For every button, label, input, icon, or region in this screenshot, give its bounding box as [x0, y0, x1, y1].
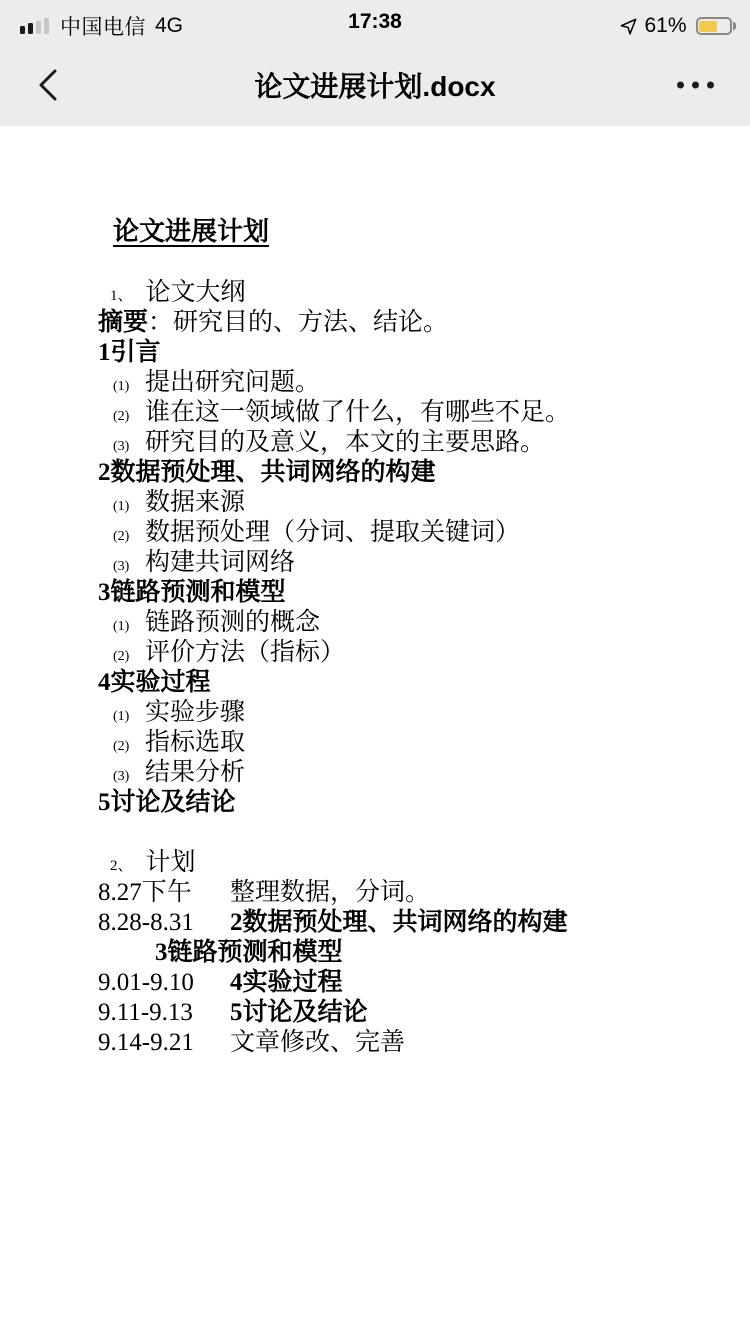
section-heading: 1、论文大纲 [98, 278, 722, 308]
signal-bar [28, 23, 33, 34]
list-item: (2)谁在这一领域做了什么，有哪些不足。 [98, 398, 722, 428]
outline-heading: 3链路预测和模型 [98, 578, 722, 608]
list-item: (2)数据预处理（分词、提取关键词） [98, 518, 722, 548]
signal-strength-icon [20, 18, 49, 34]
plan-task: 2数据预处理、共词网络的构建 [230, 909, 568, 936]
list-text: 指标选取 [145, 729, 245, 756]
abstract-label: 摘要 [98, 309, 148, 336]
plan-date: 9.14-9.21 [98, 1028, 201, 1058]
list-item: (1)实验步骤 [98, 698, 722, 728]
plan-task: 3链路预测和模型 [155, 939, 343, 966]
list-item: (1)数据来源 [98, 488, 722, 518]
doc-title-row: 论文进展计划 [98, 215, 722, 250]
doc-heading: 论文进展计划 [113, 217, 269, 246]
document-body: 1、论文大纲摘要：研究目的、方法、结论。1引言(1)提出研究问题。(2)谁在这一… [98, 278, 722, 1058]
list-item: (2)评价方法（指标） [98, 638, 722, 668]
plan-row: 8.28-8.312数据预处理、共词网络的构建 [98, 908, 722, 938]
blank-line [98, 818, 722, 848]
app-chrome: 中国电信 4G 17:38 61% 论文进展计划 [0, 0, 750, 126]
outline-heading: 2数据预处理、共词网络的构建 [98, 458, 722, 488]
battery-nub [733, 22, 736, 30]
ellipsis-dot [677, 82, 684, 89]
list-text: 数据预处理（分词、提取关键词） [145, 519, 520, 546]
page-title: 论文进展计划.docx [254, 65, 495, 105]
plan-date: 9.11-9.13 [98, 998, 201, 1028]
plan-task: 5讨论及结论 [230, 999, 368, 1026]
section-title: 计划 [146, 849, 196, 876]
outline-heading: 4实验过程 [98, 668, 722, 698]
network-type-label: 4G [155, 14, 183, 38]
section-number: 1、 [110, 288, 133, 304]
carrier-label: 中国电信 [60, 11, 146, 41]
list-item: (3)结果分析 [98, 758, 722, 788]
list-text: 构建共词网络 [145, 549, 295, 576]
plan-date: 8.27下午 [98, 878, 201, 908]
plan-task: 4实验过程 [230, 969, 343, 996]
more-options-button[interactable] [677, 72, 714, 99]
signal-bar [36, 21, 41, 34]
document-view[interactable]: 论文进展计划 1、论文大纲摘要：研究目的、方法、结论。1引言(1)提出研究问题。… [0, 126, 750, 1058]
abstract-line: 摘要：研究目的、方法、结论。 [98, 308, 722, 338]
nav-bar: 论文进展计划.docx [0, 44, 750, 126]
battery-icon [696, 17, 737, 35]
ellipsis-dot [707, 82, 714, 89]
list-text: 实验步骤 [145, 699, 245, 726]
plan-row: 9.14-9.21文章修改、完善 [98, 1028, 722, 1058]
signal-bar [44, 18, 49, 34]
plan-row: 9.01-9.104实验过程 [98, 968, 722, 998]
plan-row: 3链路预测和模型 [98, 938, 722, 968]
ellipsis-dot [692, 82, 699, 89]
list-text: 谁在这一领域做了什么，有哪些不足。 [145, 399, 570, 426]
list-item: (3)构建共词网络 [98, 548, 722, 578]
list-text: 结果分析 [145, 759, 245, 786]
list-text: 数据来源 [145, 489, 245, 516]
list-item: (2)指标选取 [98, 728, 722, 758]
plan-task: 整理数据，分词。 [230, 879, 430, 906]
location-arrow-icon [619, 17, 638, 36]
plan-task: 文章修改、完善 [230, 1029, 405, 1056]
plan-date: 8.28-8.31 [98, 908, 201, 938]
list-text: 提出研究问题。 [145, 369, 320, 396]
status-left-cluster: 中国电信 4G [20, 11, 183, 41]
list-item: (3)研究目的及意义，本文的主要思路。 [98, 428, 722, 458]
plan-row: 8.27下午整理数据，分词。 [98, 878, 722, 908]
list-item: (1)提出研究问题。 [98, 368, 722, 398]
battery-percent-label: 61% [644, 14, 686, 38]
status-bar: 中国电信 4G 17:38 61% [0, 0, 750, 44]
screen: 中国电信 4G 17:38 61% 论文进展计划 [0, 0, 750, 1334]
list-text: 研究目的及意义，本文的主要思路。 [145, 429, 545, 456]
list-item: (1)链路预测的概念 [98, 608, 722, 638]
clock: 17:38 [348, 10, 402, 34]
status-right-cluster: 61% [619, 14, 736, 38]
back-button[interactable] [36, 67, 60, 103]
battery-outline [696, 17, 732, 35]
section-title: 论文大纲 [146, 279, 246, 306]
outline-heading: 5讨论及结论 [98, 788, 722, 818]
section-number: 2、 [110, 858, 133, 874]
outline-heading: 1引言 [98, 338, 722, 368]
plan-date: 9.01-9.10 [98, 968, 201, 998]
plan-row: 9.11-9.135讨论及结论 [98, 998, 722, 1028]
battery-fill [699, 21, 717, 32]
signal-bar [20, 26, 25, 34]
abstract-text: ：研究目的、方法、结论。 [148, 309, 448, 336]
list-text: 评价方法（指标） [145, 639, 345, 666]
list-text: 链路预测的概念 [145, 609, 320, 636]
section-heading: 2、计划 [98, 848, 722, 878]
